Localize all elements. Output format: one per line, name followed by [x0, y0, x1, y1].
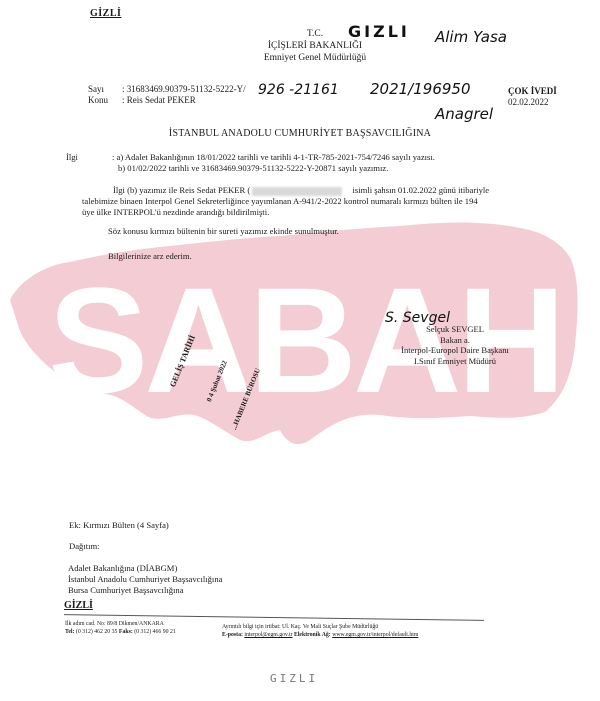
footer-info: Ayrıntılı bilgi için irtibat: Ul. Kaç. V…: [222, 624, 378, 632]
signer-name: Selçuk SEVGEL: [390, 324, 520, 335]
addressee: İSTANBUL ANADOLU CUMHURİYET BAŞSAVCILIĞI…: [0, 128, 600, 139]
web-label: Elektronik Ağ:: [294, 632, 331, 638]
tel-label: Tel:: [65, 629, 74, 635]
signer-title-1: Bakan a.: [390, 335, 520, 346]
redacted-block: [252, 187, 342, 196]
classification-bottom: GİZLİ: [64, 600, 93, 611]
handwritten-gizli-bottom: GIZLI: [270, 672, 318, 685]
footer-address: İlk adım cad. No: 89/8 Dikmen/ANKARA: [65, 621, 164, 629]
distribution-item: İstanbul Anadolu Cumhuriyet Başsavcılığı…: [68, 574, 222, 585]
handwritten-alim-yasa: Alim Yasa: [435, 28, 507, 46]
document-date: 02.02.2022: [508, 97, 549, 107]
received-stamp-title: GELİŞ TARİHİ: [168, 334, 197, 388]
paragraph-1-line-3: üye ülke INTERPOL'ü nezdinde arandığı bi…: [82, 207, 269, 218]
signer-title-2: İnterpol-Europol Daire Başkanı: [390, 345, 520, 356]
p1-text-b: isimli şahsın 01.02.2022 günü itibariyle: [353, 185, 490, 195]
ilgi-b: b) 01/02/2022 tarihli ve 31683469.90379-…: [118, 163, 388, 174]
web-link[interactable]: www.egm.gov.tr/interpol/default.htm: [332, 632, 418, 638]
signature-block: Selçuk SEVGEL Bakan a. İnterpol-Europol …: [390, 324, 520, 366]
konu-value: : Reis Sedat PEKER: [122, 95, 196, 105]
letterhead-directorate: Emniyet Genel Müdürlüğü: [255, 52, 375, 64]
ilgi-label: İlgi: [66, 152, 78, 163]
paragraph-3: Bilgilerinize arz ederim.: [108, 251, 192, 262]
tel-value: (0 312) 462 20 35: [76, 629, 118, 635]
handwritten-registry: 2021/196950: [370, 80, 471, 98]
classification-top: GİZLİ: [90, 8, 121, 19]
p1-text-a: İlgi (b) yazımız ile Reis Sedat PEKER (: [113, 185, 250, 195]
fax-label: Faks:: [119, 629, 133, 635]
footer-divider: [64, 614, 484, 621]
sayi-value: : 31683469.90379-51132-5222-Y/: [122, 84, 246, 94]
konu-label: Konu: [88, 95, 122, 106]
handwritten-number: 926 -21161: [258, 82, 339, 98]
footer-contacts: E-posta: interpol@egm.gov.tr Elektronik …: [222, 632, 418, 640]
paragraph-1-line-1: İlgi (b) yazımız ile Reis Sedat PEKER ( …: [113, 185, 489, 196]
sayi-label: Sayı: [88, 84, 122, 95]
meta-block: Sayı: 31683469.90379-51132-5222-Y/ Konu:…: [88, 84, 246, 106]
distribution-item: Adalet Bakanlığına (DİABGM): [68, 563, 177, 574]
priority-label: ÇOK İVEDİ: [508, 86, 557, 96]
paragraph-2: Söz konusu kırmızı bültenin bir sureti y…: [108, 226, 339, 237]
fax-value: (0 312) 466 90 21: [134, 629, 176, 635]
received-stamp-date: 0 4 Şubat 2022: [205, 359, 229, 403]
paragraph-1-line-2: talebimize binaen Interpol Genel Sekrete…: [82, 196, 478, 207]
letterhead-ministry: İÇİŞLERİ BAKANLIĞI: [255, 40, 375, 52]
attachment-note: Ek: Kırmızı Bülten (4 Sayfa): [69, 520, 169, 531]
signer-title-3: I.Sınıf Emniyet Müdürü: [390, 356, 520, 367]
footer-phones: Tel: (0 312) 462 20 35 Faks: (0 312) 466…: [65, 629, 176, 637]
distribution-label: Dağıtım:: [69, 541, 100, 552]
received-stamp-office: ...HABERE BÜROSU: [230, 367, 262, 431]
email-label: E-posta:: [222, 632, 243, 638]
handwritten-anagrel: Anagrel: [435, 105, 493, 123]
ilgi-a: : a) Adalet Bakanlığının 18/01/2022 tari…: [112, 152, 435, 163]
distribution-item: Bursa Cumhuriyet Başsavcılığına: [68, 585, 184, 596]
handwritten-gizli: GIZLI: [348, 22, 410, 41]
email-link[interactable]: interpol@egm.gov.tr: [244, 632, 292, 638]
